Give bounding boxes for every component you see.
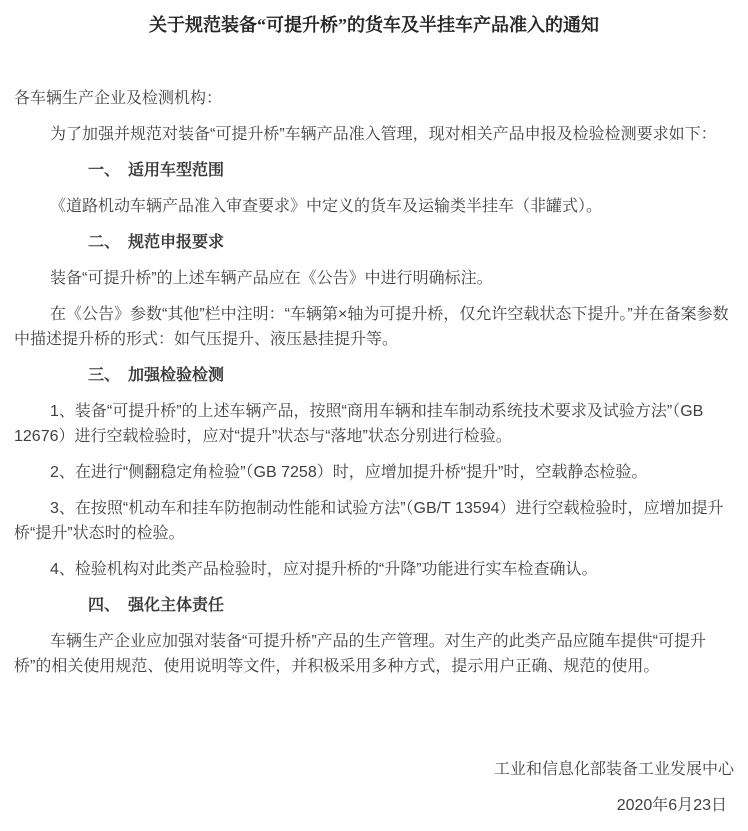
section-heading-2: 二、 规范申报要求 <box>14 230 734 255</box>
section-3-item-4: 4、检验机构对此类产品检验时，应对提升桥的“升降”功能进行实车检查确认。 <box>14 557 734 582</box>
section-1-paragraph: 《道路机动车辆产品准入审查要求》中定义的货车及运输类半挂车（非罐式）。 <box>14 194 734 219</box>
signature-block: 工业和信息化部装备工业发展中心 2020年6月23日 <box>14 757 734 818</box>
notice-page: 关于规范装备“可提升桥”的货车及半挂车产品准入的通知 各车辆生产企业及检测机构：… <box>0 0 748 831</box>
intro-paragraph: 为了加强并规范对装备“可提升桥”车辆产品准入管理，现对相关产品申报及检验检测要求… <box>14 122 734 147</box>
section-3-item-1: 1、装备“可提升桥”的上述车辆产品，按照“商用车辆和挂车制动系统技术要求及试验方… <box>14 399 734 449</box>
section-3-item-3: 3、在按照“机动车和挂车防抱制动性能和试验方法”（GB/T 13594）进行空载… <box>14 496 734 546</box>
issue-date: 2020年6月23日 <box>14 793 734 818</box>
notice-title: 关于规范装备“可提升桥”的货车及半挂车产品准入的通知 <box>14 11 734 39</box>
section-3-item-2: 2、在进行“侧翻稳定角检验”（GB 7258）时，应增加提升桥“提升”时，空载静… <box>14 460 734 485</box>
section-2-paragraph-2: 在《公告》参数“其他”栏中注明：“车辆第×轴为可提升桥，仅允许空载状态下提升。”… <box>14 302 734 352</box>
section-heading-4: 四、 强化主体责任 <box>14 593 734 618</box>
section-heading-1: 一、 适用车型范围 <box>14 158 734 183</box>
section-2-paragraph-1: 装备“可提升桥”的上述车辆产品应在《公告》中进行明确标注。 <box>14 266 734 291</box>
issuer-name: 工业和信息化部装备工业发展中心 <box>14 757 734 782</box>
section-4-paragraph: 车辆生产企业应加强对装备“可提升桥”产品的生产管理。对生产的此类产品应随车提供“… <box>14 629 734 679</box>
section-heading-3: 三、 加强检验检测 <box>14 363 734 388</box>
salutation: 各车辆生产企业及检测机构： <box>14 86 734 111</box>
